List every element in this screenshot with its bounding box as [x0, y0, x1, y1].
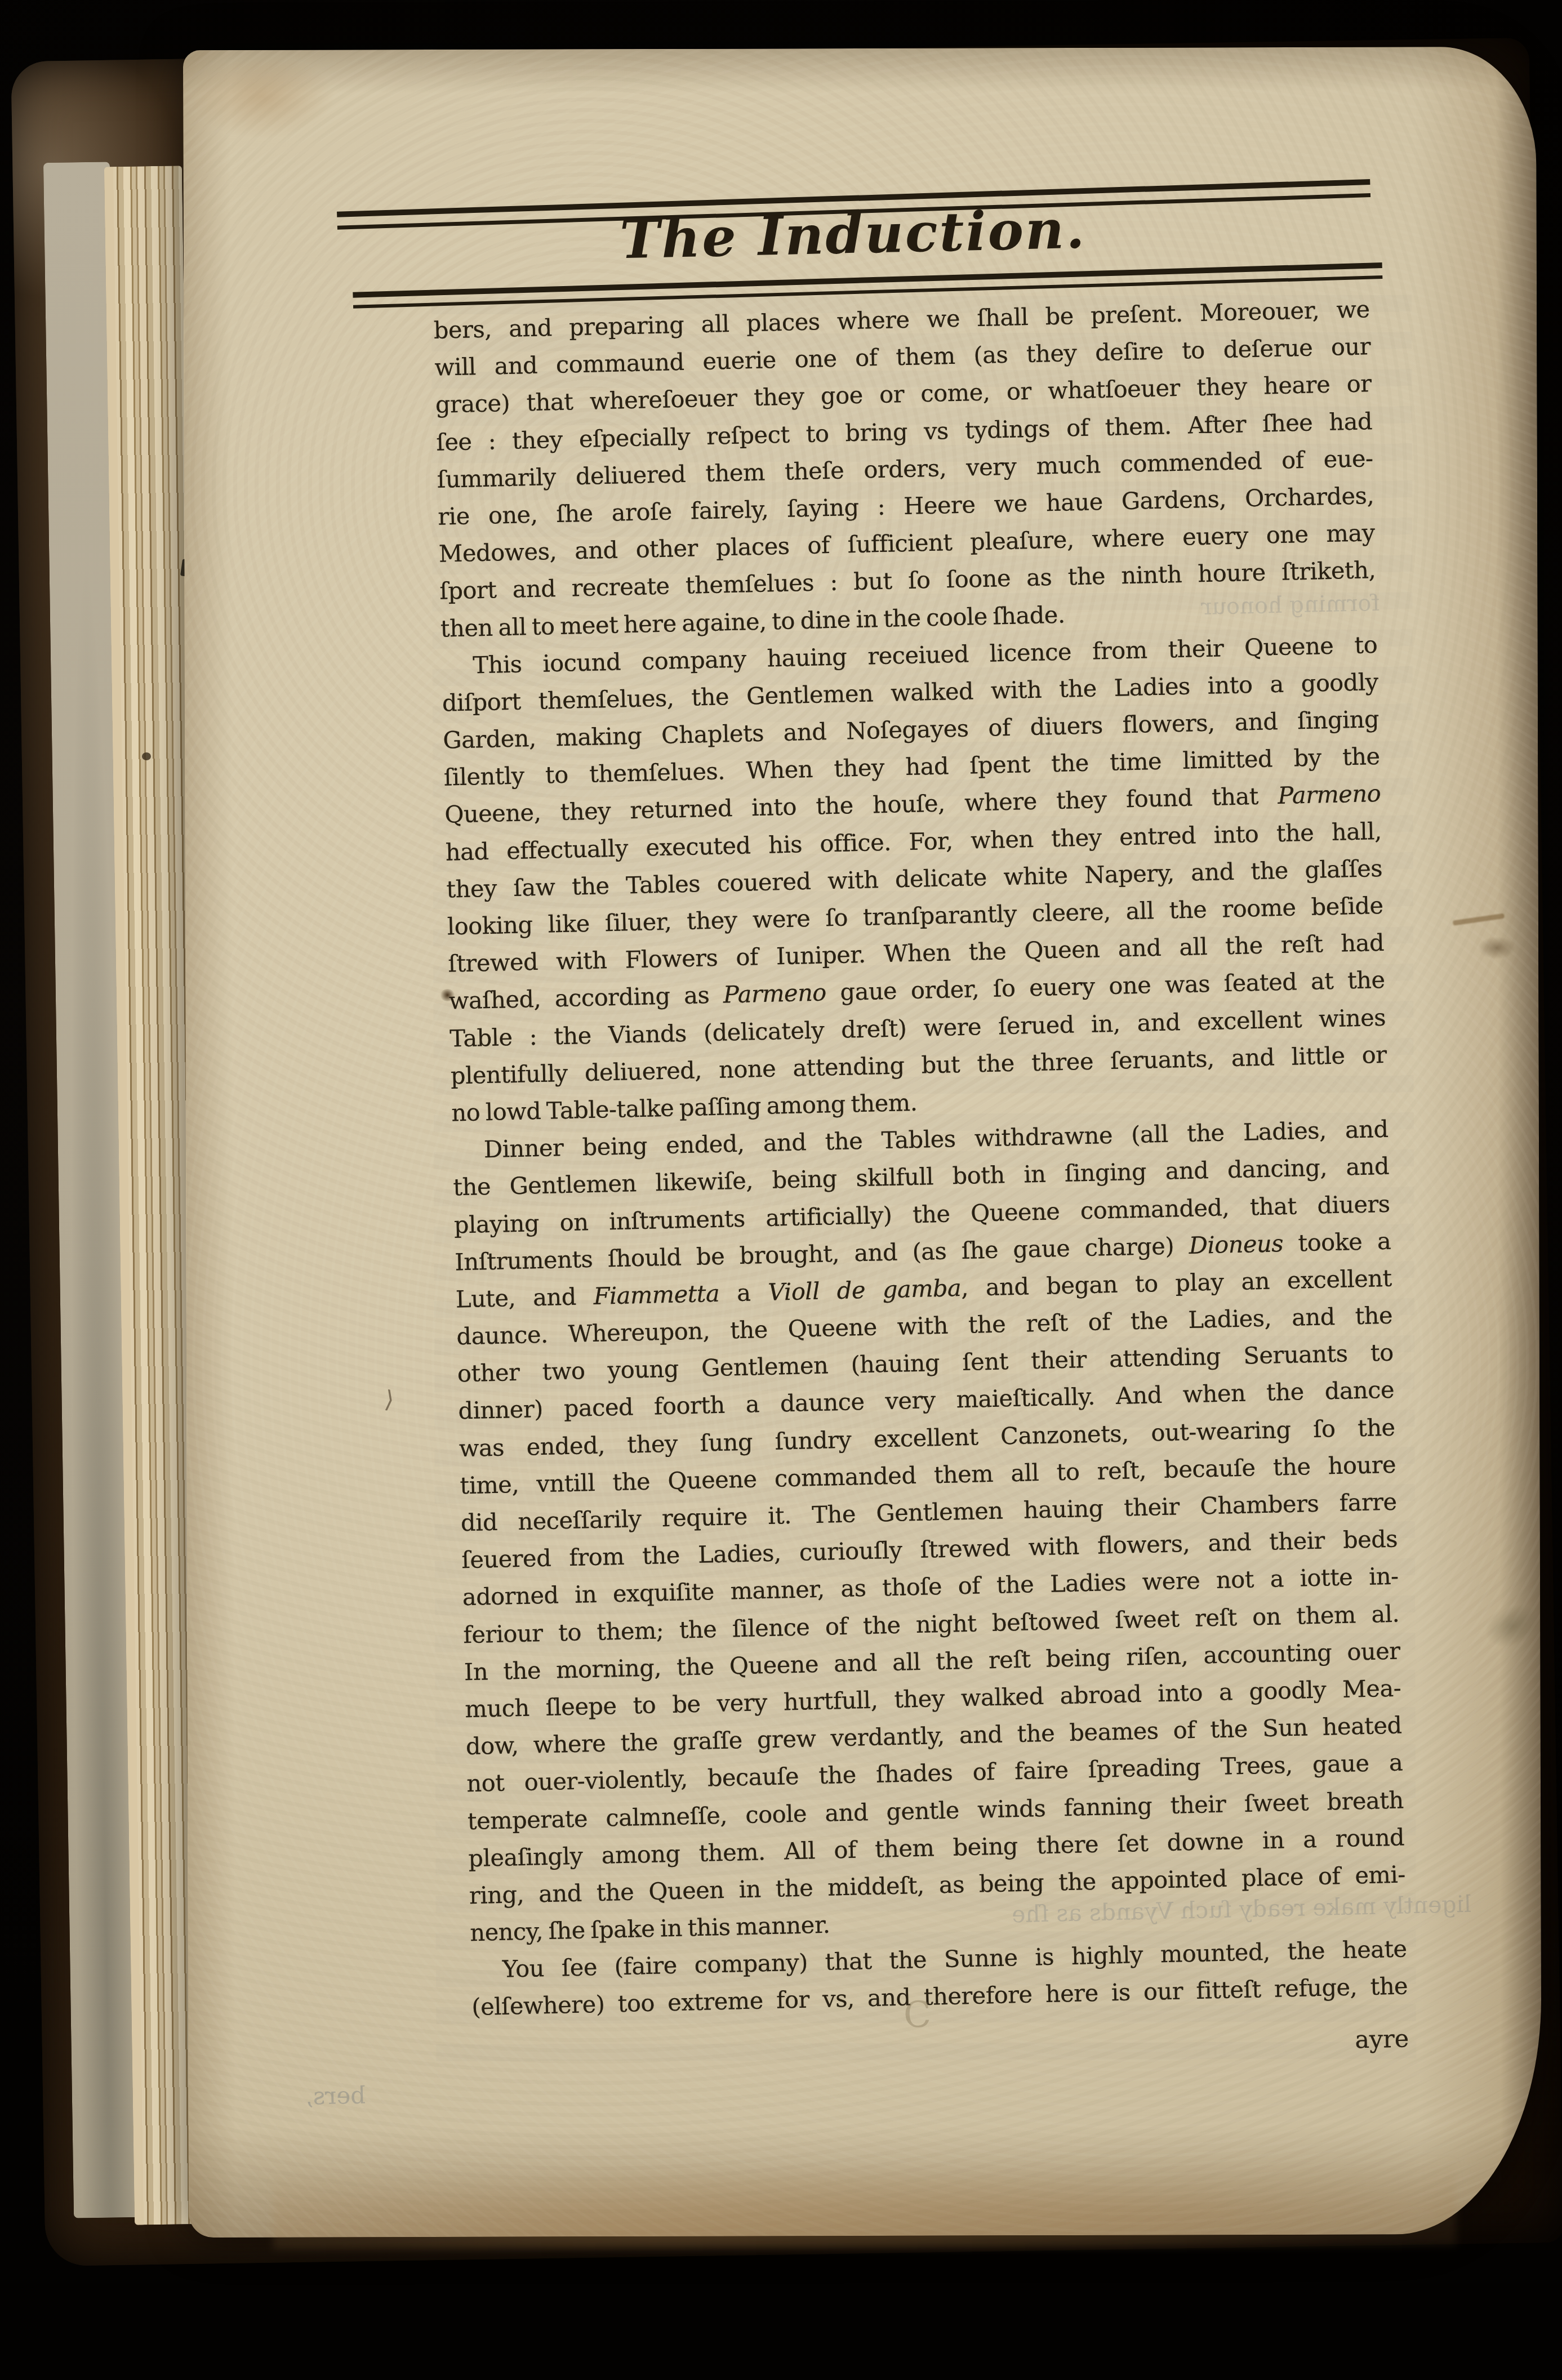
signature-mark: C: [903, 1994, 932, 2036]
book-page: ⟩ The Induction. bers, and preparing all…: [183, 47, 1542, 2238]
ink-dot-on-page-edge: [142, 752, 151, 760]
showthrough-ghost-text: bers,: [242, 2081, 366, 2111]
catchword: ayre: [473, 2025, 1409, 2074]
photo-of-open-book: ⟩ The Induction. bers, and preparing all…: [0, 0, 1562, 2380]
showthrough-ghost-text: forming honour: [1188, 590, 1380, 621]
page-title: The Induction.: [334, 191, 1372, 278]
text-block: bers, and preparing all places where we …: [433, 291, 1408, 2026]
printed-content: The Induction. bers, and preparing all p…: [162, 33, 1562, 2250]
